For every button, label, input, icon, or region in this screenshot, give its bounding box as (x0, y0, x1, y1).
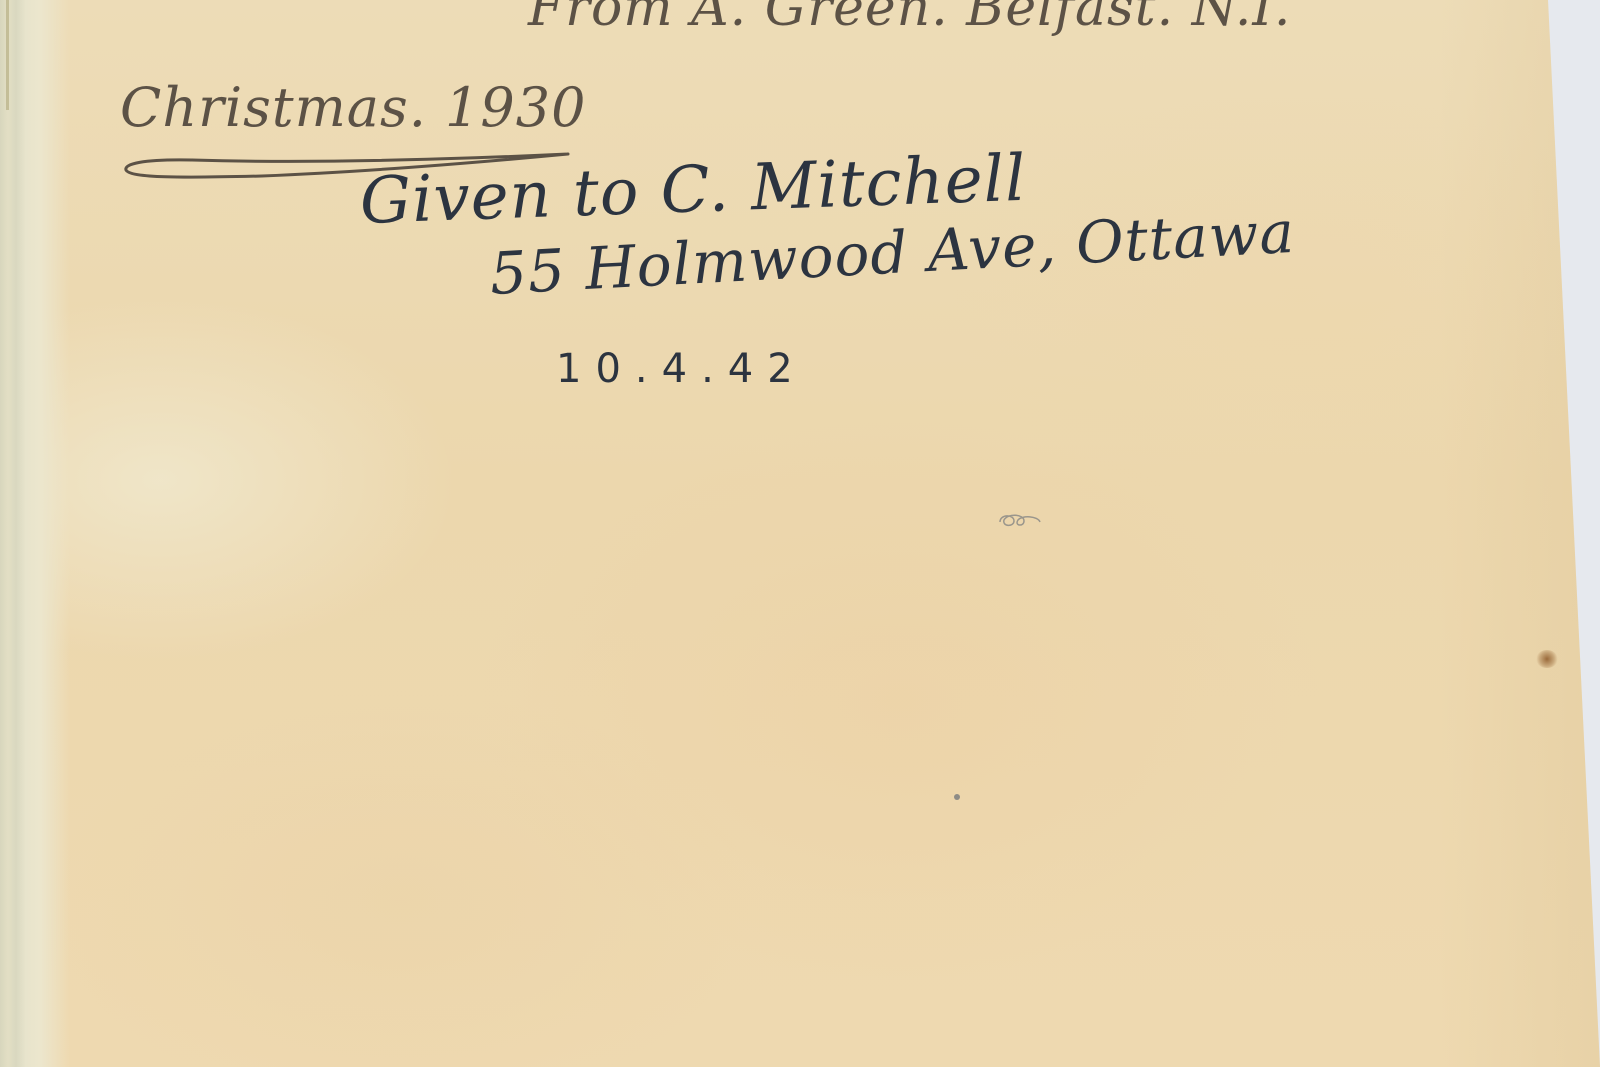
inscription-date: 10.4.42 (556, 346, 807, 392)
book-gutter (0, 0, 70, 1067)
pencil-loop-mark (996, 510, 1044, 530)
paper-speck (954, 794, 960, 800)
foxing-stain (1536, 650, 1558, 668)
page-edge-shading (1440, 0, 1600, 1067)
inscription-from: From A. Green. Belfast. N.I. (528, 0, 1291, 38)
photo-scene: From A. Green. Belfast. N.I. Christmas. … (0, 0, 1600, 1067)
inscription-christmas: Christmas. 1930 (120, 76, 586, 139)
binding-crease (6, 0, 9, 110)
